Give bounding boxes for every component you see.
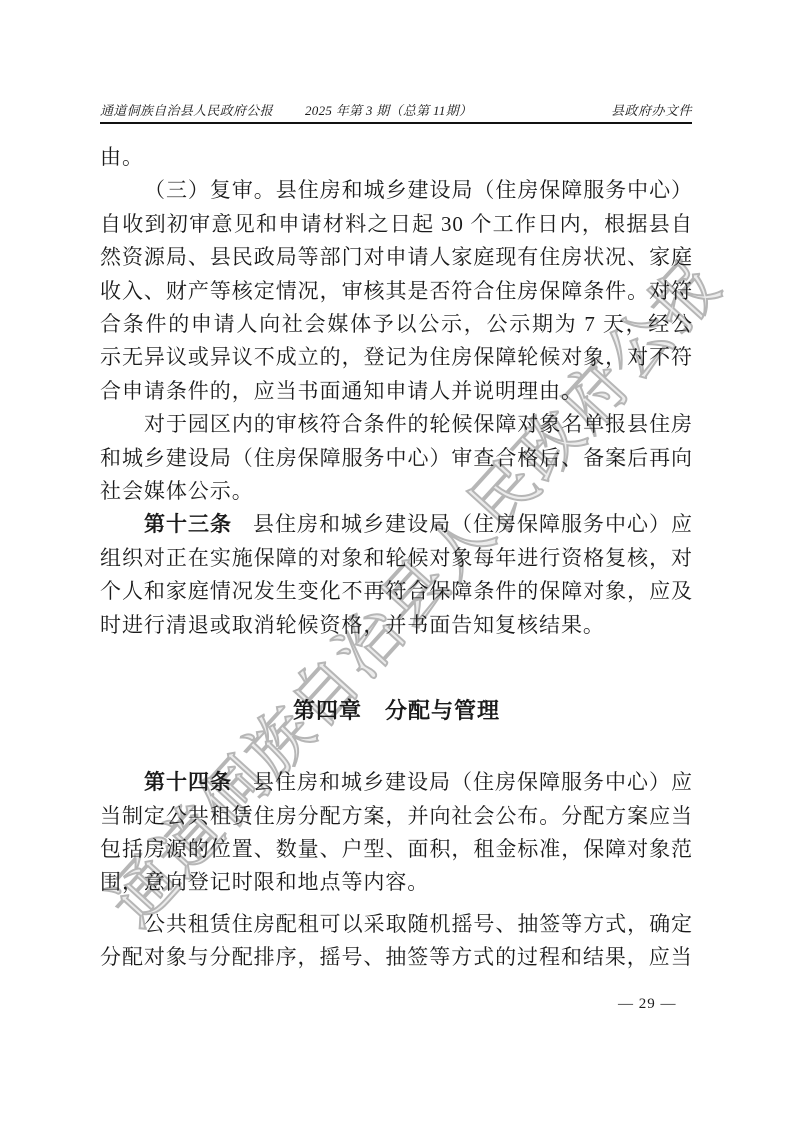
paragraph: （三）复审。县住房和城乡建设局（住房保障服务中心）自收到初审意见和申请材料之日起… bbox=[100, 174, 693, 408]
header-publication-title: 通道侗族自治县人民政府公报 bbox=[100, 100, 273, 119]
article-number: 第十四条 bbox=[144, 770, 232, 794]
paragraph: 对于园区内的审核符合条件的轮候保障对象名单报县住房和城乡建设局（住房保障服务中心… bbox=[100, 408, 693, 508]
header-section-label: 县政府办文件 bbox=[611, 100, 692, 119]
paragraph-text: 对于园区内的审核符合条件的轮候保障对象名单报县住房和城乡建设局（住房保障服务中心… bbox=[100, 412, 693, 503]
paragraph: 公共租赁住房配租可以采取随机摇号、抽签等方式，确定分配对象与分配排序，摇号、抽签… bbox=[100, 908, 693, 975]
page-number: — 29 — bbox=[618, 996, 677, 1012]
document-page: 通道侗族自治县人民政府公报 通道侗族自治县人民政府公报 2025 年第 3 期（… bbox=[0, 0, 793, 1122]
chapter-heading-text: 第四章 分配与管理 bbox=[293, 698, 500, 723]
page-header: 通道侗族自治县人民政府公报 2025 年第 3 期（总第 11期） 县政府办文件 bbox=[100, 100, 692, 124]
chapter-heading: 第四章 分配与管理 bbox=[100, 694, 693, 728]
header-issue-info: 2025 年第 3 期（总第 11期） bbox=[305, 100, 472, 119]
document-body: 由。（三）复审。县住房和城乡建设局（住房保障服务中心）自收到初审意见和申请材料之… bbox=[100, 141, 693, 975]
paragraph: 第十四条县住房和城乡建设局（住房保障服务中心）应当制定公共租赁住房分配方案，并向… bbox=[100, 766, 693, 900]
paragraph: 由。 bbox=[100, 141, 693, 174]
paragraph-text: 由。 bbox=[100, 145, 144, 169]
article-number: 第十三条 bbox=[144, 512, 232, 536]
page-footer: — 29 — bbox=[618, 996, 677, 1013]
paragraph-text: 公共租赁住房配租可以采取随机摇号、抽签等方式，确定分配对象与分配排序，摇号、抽签… bbox=[100, 912, 693, 969]
paragraph: 第十三条县住房和城乡建设局（住房保障服务中心）应组织对正在实施保障的对象和轮候对… bbox=[100, 508, 693, 642]
paragraph-text: （三）复审。县住房和城乡建设局（住房保障服务中心）自收到初审意见和申请材料之日起… bbox=[100, 178, 693, 402]
